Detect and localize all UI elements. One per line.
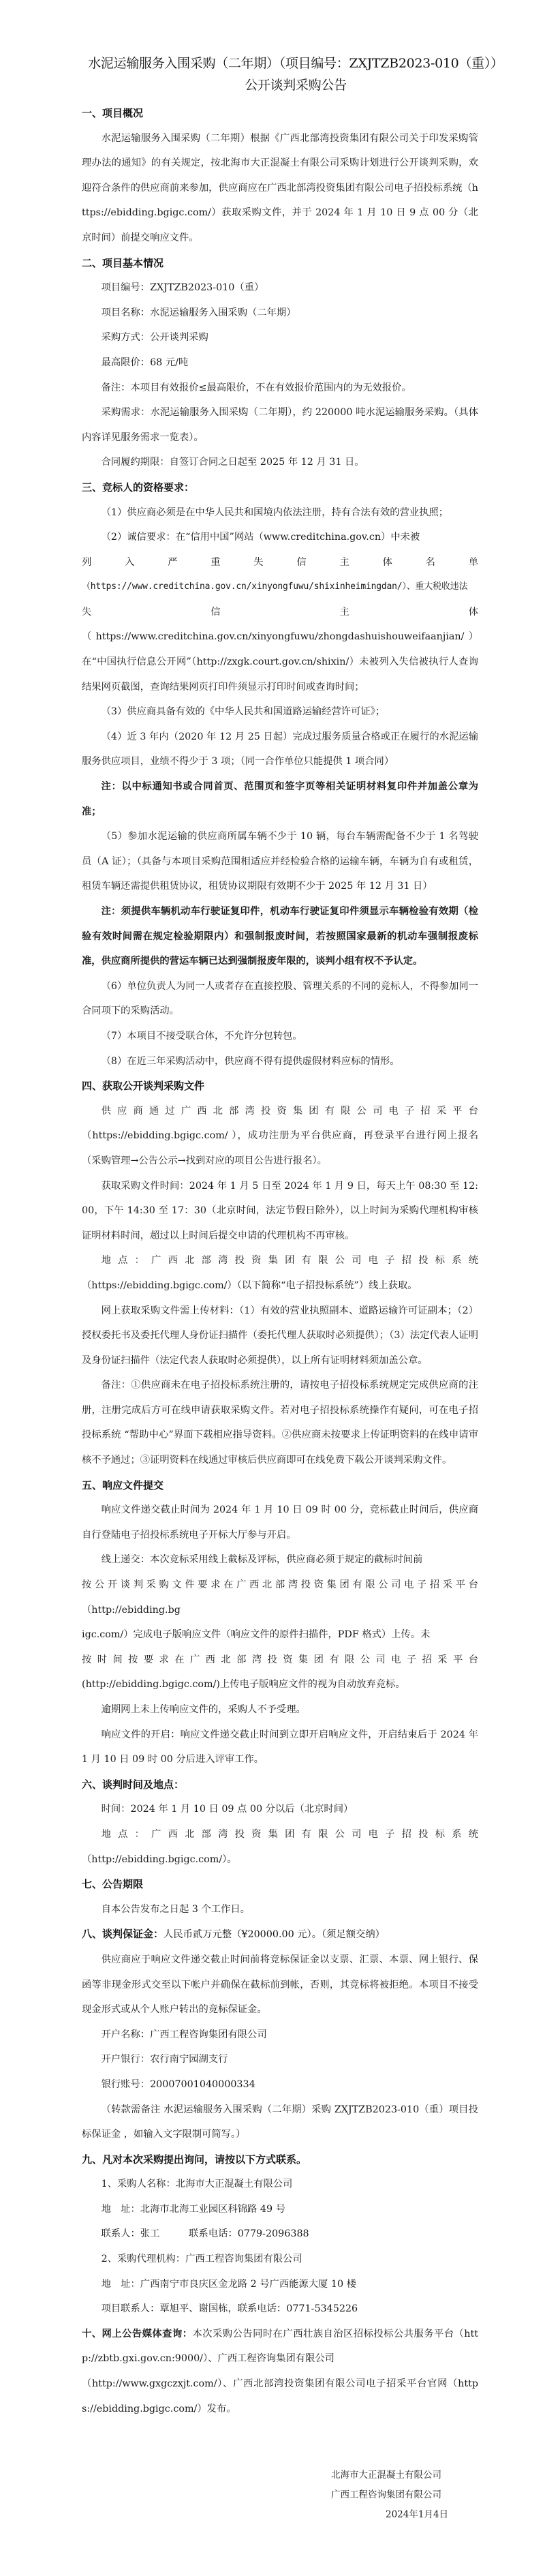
section-qualifications: 三、竞标人的资格要求： （1）供应商必须是在中华人民共和国境内依法注册，持有合法… [82,475,478,1074]
project-name: 项目名称：水泥运输服务入围采购（二年期） [82,301,478,326]
submission-deadline: 响应文件递交截止时间为 2024 年 1 月 10 日 09 时 00 分，竞标… [82,1498,478,1547]
requirement-2-detail: （https://www.creditchina.gov.cn/xinyongf… [82,624,478,699]
section-announcement-period: 七、公告期限 自本公告发布之日起 3 个工作日。 [82,1872,478,1922]
requirement-4: （4）近 3 年内（2020 年 12 月 25 日起）完成过服务质量合格或正在… [82,725,478,774]
section-heading: 一、项目概况 [82,101,478,126]
requirement-2: （2）诚信要求：在“信用中国”网站（www.creditchina.gov.cn… [82,525,478,550]
section-heading: 九、凡对本次采购提出询问，请按以下方式联系。 [82,2147,478,2172]
max-price: 最高限价：68 元/吨 [82,350,478,376]
online-media-heading: 十、网上公告媒体查询： [82,2329,192,2339]
online-submission-line: 按公开谈判采购文件要求在广西北部湾投资集团有限公司电子招采平台 [82,1573,478,1598]
document-title: 水泥运输服务入围采购（二年期）（项目编号：ZXJTZB2023-010（重）） … [79,53,512,95]
requirement-7: （7）本项目不接受联合体，不允许分包转包。 [82,1024,478,1049]
upload-materials: 网上获取采购文件需上传材料：（1）有效的营业执照副本、道路运输许可证副本；（2）… [82,1299,478,1374]
agent-contact: 项目联系人：覃旭平、谢国栋，联系电话：0771-5345226 [82,2297,478,2322]
agent-name: 2、采购代理机构：广西工程咨询集团有限公司 [82,2247,478,2272]
negotiation-place-link[interactable]: （http://ebidding.bgigc.com/）。 [82,1847,478,1873]
requirement-1: （1）供应商必须是在中华人民共和国境内依法注册，持有合法有效的营业执照； [82,500,478,526]
signature-date: 2024年1月4日 [331,2505,448,2525]
credit-blacklist-link[interactable]: （https://www.creditchina.gov.cn/xinyongf… [82,575,478,600]
title-line-1: 水泥运输服务入围采购（二年期）（项目编号：ZXJTZB2023-010（重）） [88,56,503,71]
document-location: 地点：广西北部湾投资集团有限公司电子招投标系统 [82,1248,478,1273]
negotiation-time: 时间：2024 年 1 月 10 日 09 点 00 分以后（北京时间） [82,1797,478,1822]
deposit-amount: 人民币贰万元整（¥20000.00 元）。（须足额交纳） [163,1929,385,1940]
price-remark: 备注：本项目有效报价≤最高限价，不在有效报价范围内的为无效报价。 [82,376,478,401]
late-submission: 逾期网上未上传响应文件的，采购人不予受理。 [82,1697,478,1723]
contract-term: 合同履约期限：自签订合同之日起至 2025 年 12 月 31 日。 [82,450,478,475]
document-location-link: （https://ebidding.bgigc.com/）（以下简称“电子招投标… [82,1273,478,1299]
section-deposit: 八、谈判保证金：人民币贰万元整（¥20000.00 元）。（须足额交纳） 供应商… [82,1922,478,2147]
announcement-document: 水泥运输服务入围采购（二年期）（项目编号：ZXJTZB2023-010（重）） … [82,0,478,2421]
deposit-instructions: 供应商应于响应文件递交截止时间前将竞标保证金以支票、汇票、本票、网上银行、保函等… [82,1948,478,2022]
requirement-2-line: 失 信 主 体 [82,600,478,625]
section-negotiation-time-place: 六、谈判时间及地点： 时间：2024 年 1 月 10 日 09 点 00 分以… [82,1772,478,1872]
buyer-contact: 联系人：张工 联系电话：0779-2096388 [82,2222,478,2247]
agent-address: 地 址：广西南宁市良庆区金龙路 2 号广西能源大厦 10 楼 [82,2272,478,2297]
deposit-heading-label: 八、谈判保证金： [82,1928,163,1940]
requirement-4-note: 注：以中标通知书或合同首页、范围页和签字页等相关证明材料复印件并加盖公章为准； [82,774,478,824]
section-heading: 七、公告期限 [82,1872,478,1897]
platform-intro: 供应商通过广西北部湾投资集团有限公司电子招采平台 [82,1099,478,1124]
online-submission: 线上递交：本次竞标采用线上截标及评标，供应商必须于规定的截标时间前 [82,1547,478,1573]
online-submission-link[interactable]: （http://ebidding.bg [82,1598,478,1623]
registration-instructions: （https://ebidding.bgigc.com/ ），成功注册为平台供应… [82,1123,478,1173]
section-heading: 四、获取公开谈判采购文件 [82,1074,478,1099]
requirement-5-note: 注：须提供车辆机动车行驶证复印件，机动车行驶证复印件须显示车辆检验有效期（检验有… [82,899,478,974]
title-line-2: 公开谈判采购公告 [79,75,512,95]
signature-block: 北海市大正混凝土有限公司 广西工程咨询集团有限公司 2024年1月4日 [331,2466,448,2525]
requirement-2-line: 列 入 严 重 失 信 主 体 名 单 [82,550,478,575]
requirement-6: （6）单位负责人为同一人或者存在直接控股、管理关系的不同的竞标人，不得参加同一合… [82,974,478,1024]
procurement-demand: 采购需求：水泥运输服务入围采购（二年期），约 220000 吨水泥运输服务采购。… [82,400,478,450]
project-number: 项目编号：ZXJTZB2023-010（重） [82,275,478,301]
bank-name: 开户银行：农行南宁园湖支行 [82,2047,478,2072]
transfer-note: （转款需备注 水泥运输服务入围采购（二年期）采购 ZXJTZB2023-010（… [82,2097,478,2147]
online-submission-line: 按时间按要求在广西北部湾投资集团有限公司电子招采平台 [82,1648,478,1673]
section-obtain-documents: 四、获取公开谈判采购文件 供应商通过广西北部湾投资集团有限公司电子招采平台 （h… [82,1074,478,1473]
registration-remarks: 备注：①供应商未在电子招投标系统注册的，请按电子招投标系统规定完成供应商的注册，… [82,1373,478,1472]
signature-org-agent: 广西工程咨询集团有限公司 [331,2485,448,2505]
section-heading: 三、竞标人的资格要求： [82,475,478,500]
requirement-5: （5）参加水泥运输的供应商所属车辆不少于 10 辆，每台车辆需配备不少于 1 名… [82,824,478,899]
requirement-8: （8）在近三年采购活动中，供应商不得有提供虚假材料应标的情形。 [82,1049,478,1074]
signature-org-buyer: 北海市大正混凝土有限公司 [331,2466,448,2485]
section-heading: 二、项目基本情况 [82,251,478,276]
section-heading: 八、谈判保证金：人民币贰万元整（¥20000.00 元）。（须足额交纳） [82,1922,478,1948]
opening-of-responses: 响应文件的开启：响应文件递交截止时间到立即开启响应文件，开启结束后于 2024 … [82,1723,478,1772]
paragraph: 水泥运输服务入围采购（二年期）根据《广西北部湾投资集团有限公司关于印发采购管理办… [82,126,478,251]
section-heading: 五、响应文件提交 [82,1473,478,1498]
online-media-paragraph: 十、网上公告媒体查询：本次采购公告同时在广西壮族自治区招标投标公共服务平台（ht… [82,2322,478,2372]
online-submission-line: igc.com/）完成电子版响应文件（响应文件的原件扫描件，PDF 格式）上传。… [82,1622,478,1648]
account-number: 银行账号：20007001040000334 [82,2072,478,2097]
section-online-media: 十、网上公告媒体查询：本次采购公告同时在广西壮族自治区招标投标公共服务平台（ht… [82,2322,478,2421]
account-name: 开户名称：广西工程咨询集团有限公司 [82,2022,478,2048]
document-period: 获取采购文件时间：2024 年 1 月 5 日至 2024 年 1 月 9 日，… [82,1174,478,1249]
buyer-address: 地 址：北海市北海工业园区科锦路 49 号 [82,2197,478,2222]
announcement-period: 自本公告发布之日起 3 个工作日。 [82,1897,478,1922]
procurement-method: 采购方式：公开谈判采购 [82,325,478,350]
section-heading: 六、谈判时间及地点： [82,1772,478,1798]
requirement-3: （3）供应商具备有效的《中华人民共和国道路运输经营许可证》； [82,699,478,725]
section-project-basics: 二、项目基本情况 项目编号：ZXJTZB2023-010（重） 项目名称：水泥运… [82,251,478,475]
section-project-overview: 一、项目概况 水泥运输服务入围采购（二年期）根据《广西北部湾投资集团有限公司关于… [82,101,478,251]
buyer-name: 1、采购人名称：北海市大正混凝土有限公司 [82,2172,478,2197]
online-media-links: （http://www.gxgczxjt.com/）、广西北部湾投资集团有限公司… [82,2372,478,2421]
negotiation-place: 地点：广西北部湾投资集团有限公司电子招投标系统 [82,1822,478,1847]
section-contacts: 九、凡对本次采购提出询问，请按以下方式联系。 1、采购人名称：北海市大正混凝土有… [82,2147,478,2322]
online-submission-line: (http://ebidding.bgigc.com/)上传电子版响应文件的视为… [82,1672,478,1697]
section-response-submission: 五、响应文件提交 响应文件递交截止时间为 2024 年 1 月 10 日 09 … [82,1473,478,1772]
